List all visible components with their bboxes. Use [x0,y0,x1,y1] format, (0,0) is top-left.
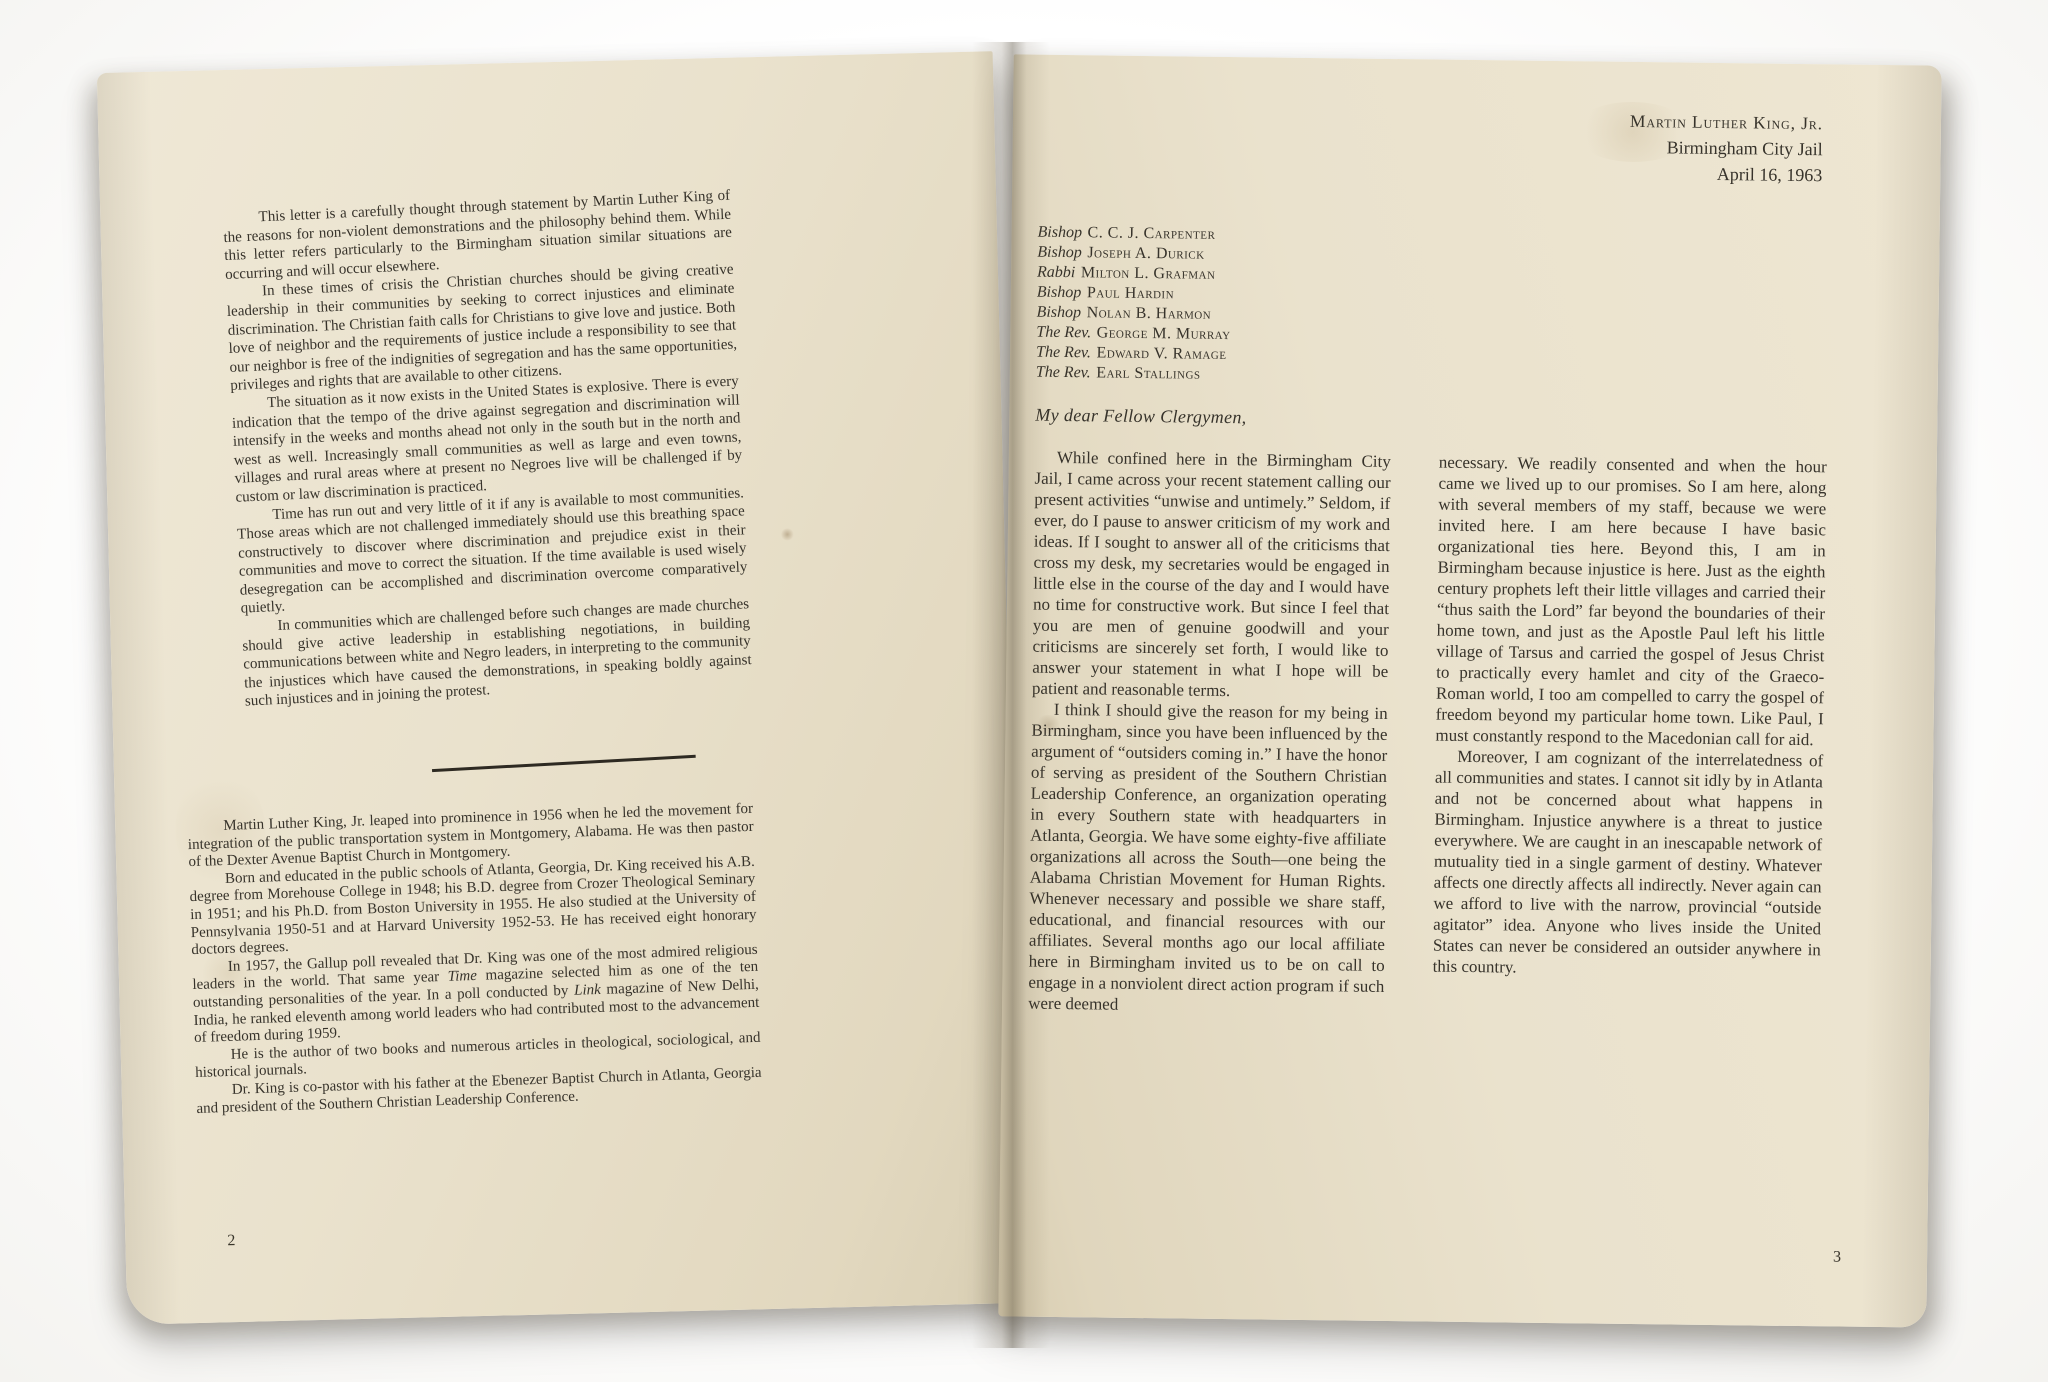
letter-paragraph: I think I should give the reason for my … [1028,699,1388,1018]
page-number-left: 2 [227,1232,235,1250]
addressee-name: C. C. J. Carpenter [1088,224,1216,243]
letter-paragraph: necessary. We readily consented and when… [1435,452,1827,751]
addressee-name: Edward V. Ramage [1096,344,1226,363]
letter-column-2: necessary. We readily consented and when… [1432,452,1827,1024]
page-left: This letter is a carefully thought throu… [97,51,1023,1325]
photo-backdrop: This letter is a carefully thought throu… [0,0,2048,1382]
letterhead: Martin Luther King, Jr. Birmingham City … [1629,108,1823,188]
letterhead-date: April 16, 1963 [1629,160,1822,188]
addressee-name: Paul Hardin [1087,284,1174,302]
addressee-name: Earl Stallings [1096,364,1200,382]
addressee-line: RabbiMilton L. Grafman [1037,263,1231,285]
addressee-list: BishopC. C. J. Carpenter BishopJoseph A.… [1036,223,1232,385]
page-right: Martin Luther King, Jr. Birmingham City … [998,54,1941,1327]
addressee-title: The Rev. [1036,344,1091,362]
letter-paragraph: Moreover, I am cognizant of the interrel… [1433,746,1824,982]
addressee-line: The Rev.Earl Stallings [1036,363,1230,385]
addressee-title: Rabbi [1037,264,1075,281]
addressee-name: Nolan B. Harmon [1087,304,1212,323]
addressee-name: Joseph A. Durick [1087,244,1204,262]
publisher-introduction: This letter is a carefully thought throu… [222,187,753,712]
letterhead-location: Birmingham City Jail [1630,134,1823,162]
addressee-title: The Rev. [1036,324,1091,342]
addressee-title: Bishop [1037,284,1082,302]
addressee-title: Bishop [1037,244,1082,262]
section-divider-rule [432,755,696,772]
addressee-line: BishopNolan B. Harmon [1036,303,1230,325]
paper-stain [780,528,794,540]
author-biography: Martin Luther King, Jr. leaped into prom… [187,801,762,1118]
salutation: My dear Fellow Clergymen, [1035,405,1247,429]
addressee-line: The Rev.Edward V. Ramage [1036,343,1230,365]
page-number-right: 3 [1833,1248,1841,1266]
letter-paragraph: While confined here in the Birmingham Ci… [1032,447,1391,703]
addressee-line: BishopC. C. J. Carpenter [1037,223,1231,245]
addressee-title: Bishop [1037,224,1082,242]
addressee-name: George M. Murray [1097,324,1231,343]
letterhead-author: Martin Luther King, Jr. [1630,108,1823,136]
addressee-line: The Rev.George M. Murray [1036,323,1230,345]
addressee-title: The Rev. [1036,364,1091,382]
addressee-title: Bishop [1036,304,1081,322]
letter-body: While confined here in the Birmingham Ci… [1028,447,1827,1024]
addressee-name: Milton L. Grafman [1081,264,1216,283]
addressee-line: BishopPaul Hardin [1037,283,1231,305]
letter-column-1: While confined here in the Birmingham Ci… [1028,447,1391,1018]
addressee-line: BishopJoseph A. Durick [1037,243,1231,265]
